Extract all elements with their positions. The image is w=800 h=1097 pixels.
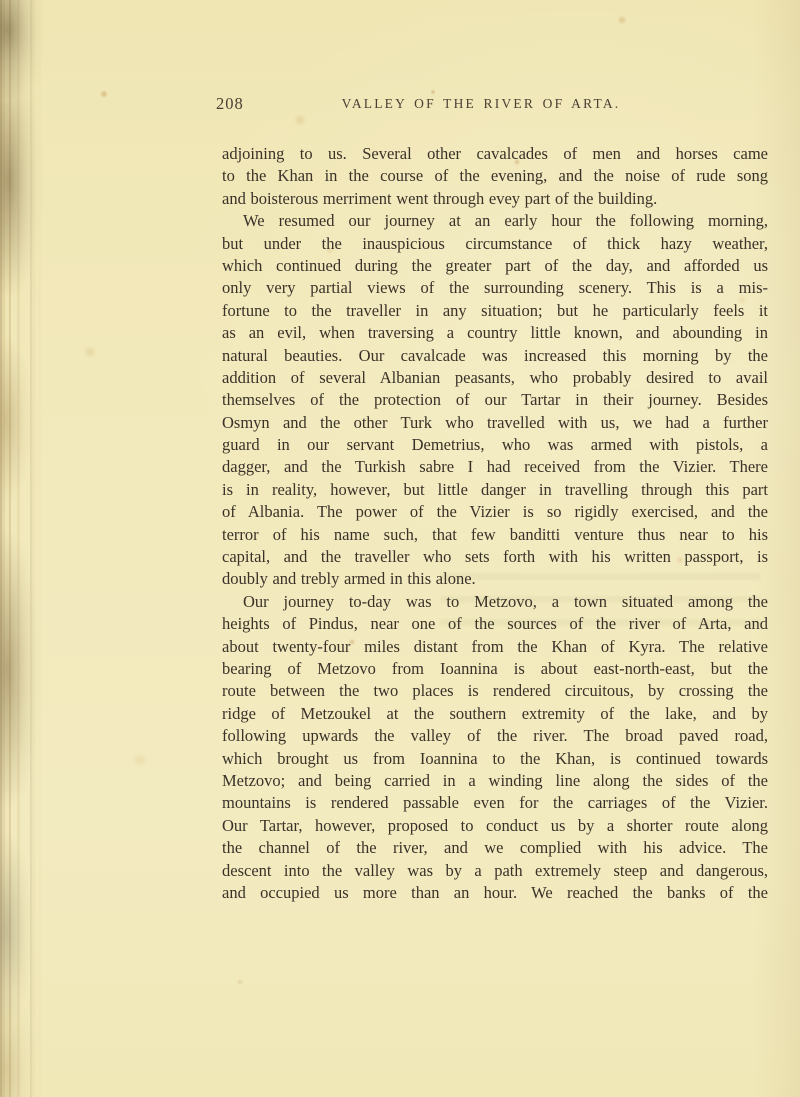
- text-line: only very partial views of the surroundi…: [222, 277, 768, 299]
- text-line: route between the two places is rendered…: [222, 680, 768, 702]
- text-line: themselves of the protection of our Tart…: [222, 389, 768, 411]
- text-line: and occupied us more than an hour. We re…: [222, 882, 768, 904]
- text-line: heights of Pindus, near one of the sourc…: [222, 613, 768, 635]
- running-header: VALLEY OF THE RIVER OF ARTA.: [215, 94, 765, 112]
- text-line: is in reality, however, but little dange…: [222, 479, 768, 501]
- text-line: about twenty-four miles distant from the…: [222, 636, 768, 658]
- text-line: dagger, and the Turkish sabre I had rece…: [222, 456, 768, 478]
- text-line: Metzovo; and being carried in a winding …: [222, 770, 768, 792]
- text-line: adjoining to us. Several other cavalcade…: [222, 143, 768, 165]
- body-text: adjoining to us. Several other cavalcade…: [222, 143, 768, 904]
- text-line: but under the inauspicious circumstance …: [222, 233, 768, 255]
- text-line: guard in our servant Demetrius, who was …: [222, 434, 768, 456]
- text-line: ridge of Metzoukel at the southern extre…: [222, 703, 768, 725]
- text-line: capital, and the traveller who sets fort…: [222, 546, 768, 568]
- text-line: and boisterous merriment went through ev…: [222, 188, 768, 210]
- text-line: which brought us from Ioannina to the Kh…: [222, 748, 768, 770]
- text-line: We resumed our journey at an early hour …: [222, 210, 768, 232]
- text-line: fortune to the traveller in any situatio…: [222, 300, 768, 322]
- text-line: the channel of the river, and we complie…: [222, 837, 768, 859]
- page-header: 208 VALLEY OF THE RIVER OF ARTA.: [215, 94, 765, 116]
- text-line: addition of several Albanian peasants, w…: [222, 367, 768, 389]
- text-line: natural beauties. Our cavalcade was incr…: [222, 345, 768, 367]
- text-line: mountains is rendered passable even for …: [222, 792, 768, 814]
- text-line: doubly and trebly armed in this alone.: [222, 568, 768, 590]
- text-line: following upwards the valley of the rive…: [222, 725, 768, 747]
- text-line: to the Khan in the course of the evening…: [222, 165, 768, 187]
- text-line: terror of his name such, that few bandit…: [222, 524, 768, 546]
- text-line: descent into the valley was by a path ex…: [222, 860, 768, 882]
- text-line: Osmyn and the other Turk who travelled w…: [222, 412, 768, 434]
- text-line: Our journey to-day was to Metzovo, a tow…: [222, 591, 768, 613]
- text-line: as an evil, when traversing a country li…: [222, 322, 768, 344]
- text-line: bearing of Metzovo from Ioannina is abou…: [222, 658, 768, 680]
- page-edge-texture: [0, 0, 44, 1097]
- text-line: Our Tartar, however, proposed to conduct…: [222, 815, 768, 837]
- text-line: of Albania. The power of the Vizier is s…: [222, 501, 768, 523]
- page-number: 208: [216, 94, 244, 114]
- text-line: which continued during the greater part …: [222, 255, 768, 277]
- book-page-scan: 208 VALLEY OF THE RIVER OF ARTA. adjoini…: [0, 0, 800, 1097]
